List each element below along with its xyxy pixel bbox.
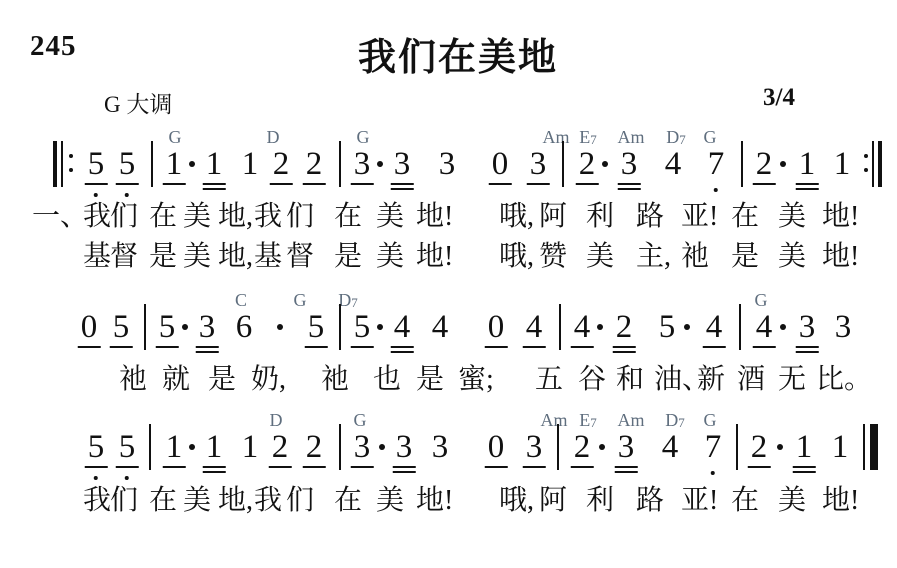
lyric-syllable: 地!: [416, 485, 453, 517]
lyric-syllable: 祂: [119, 364, 147, 396]
note: 5: [119, 148, 136, 181]
repeat-dot: [69, 154, 73, 158]
lyric-syllable: 我: [254, 485, 282, 517]
chord-label: D7: [666, 128, 686, 146]
hymn-number: 245: [30, 30, 77, 63]
note: 4: [526, 311, 543, 344]
lyric-syllable: 在: [149, 485, 177, 517]
eighth-underline: [303, 183, 326, 185]
lyric-syllable: 美: [778, 485, 806, 517]
barline-stroke: [863, 424, 865, 470]
note: 4: [756, 311, 773, 344]
barline-stroke: [872, 141, 874, 187]
octave-dot: [714, 188, 718, 192]
sixteenth-underline: [203, 188, 226, 190]
octave-dot: [711, 471, 715, 475]
lyric-syllable: 谷: [578, 364, 606, 396]
chord-label: G: [354, 411, 367, 429]
note: 1: [206, 148, 223, 181]
lyric-syllable: 地,: [218, 485, 253, 517]
chord-label: D7: [338, 291, 358, 309]
lyric-syllable: 是: [334, 241, 362, 273]
note: 1: [834, 148, 851, 181]
octave-dot: [94, 476, 98, 480]
chord-label: Am: [543, 128, 570, 146]
lyric-syllable: 美: [376, 201, 404, 233]
hymn-title: 我们在美地: [358, 26, 558, 81]
barline: [557, 424, 559, 470]
note: 3: [618, 431, 635, 464]
chord-label: E7: [579, 128, 597, 146]
chord-label: Am: [541, 411, 568, 429]
sixteenth-underline: [793, 471, 816, 473]
lyric-syllable: 和: [616, 364, 644, 396]
lyric-syllable: 们: [110, 201, 138, 233]
sixteenth-underline: [796, 188, 819, 190]
note: 1: [242, 431, 259, 464]
barline: [559, 304, 561, 350]
chord-label: C: [235, 291, 247, 309]
note: 3: [439, 148, 456, 181]
lyric-syllable: 美: [586, 241, 614, 273]
octave-dot: [125, 193, 129, 197]
lyric-syllable: 地!: [416, 241, 453, 273]
augmentation-dot: [379, 444, 385, 450]
eighth-underline: [163, 183, 186, 185]
music-system-2: CGD7G055365544044254433: [0, 291, 897, 369]
note: 1: [166, 148, 183, 181]
lyric-syllable: 阿: [539, 201, 567, 233]
repeat-dot: [864, 168, 868, 172]
chord-label: G: [704, 411, 717, 429]
eighth-underline: [571, 346, 594, 348]
augmentation-dot: [780, 324, 786, 330]
rest-note: 0: [488, 431, 505, 464]
lyric-syllable: 美: [183, 485, 211, 517]
augmentation-dot: [189, 444, 195, 450]
note: 5: [308, 311, 325, 344]
eighth-underline: [110, 346, 133, 348]
lyric-syllable: 在: [149, 201, 177, 233]
chord-label: G: [169, 128, 182, 146]
sixteenth-underline: [393, 471, 416, 473]
chord-label: G: [704, 128, 717, 146]
lyric-syllable: 督: [286, 241, 314, 273]
note: 3: [432, 431, 449, 464]
eighth-underline: [485, 346, 508, 348]
lyric-syllable: 比。: [816, 364, 872, 396]
eighth-underline: [485, 466, 508, 468]
barline: [149, 424, 151, 470]
eighth-underline: [527, 183, 550, 185]
verse-number: 一、: [32, 201, 88, 233]
eighth-underline: [203, 183, 226, 185]
note: 3: [835, 311, 852, 344]
barline: [144, 304, 146, 350]
note: 1: [166, 431, 183, 464]
lyric-syllable: 地!: [416, 201, 453, 233]
lyric-syllable: 赞: [539, 241, 567, 273]
eighth-underline: [116, 466, 139, 468]
chord-label: Am: [618, 128, 645, 146]
lyric-syllable: 亚!: [681, 201, 718, 233]
eighth-underline: [203, 466, 226, 468]
note: 7: [705, 431, 722, 464]
barline-stroke: [878, 141, 882, 187]
time-signature: 3/4: [763, 84, 795, 112]
lyric-syllable: 是: [416, 364, 444, 396]
eighth-underline: [78, 346, 101, 348]
chord-label: D: [267, 128, 280, 146]
eighth-underline: [615, 466, 638, 468]
lyric-syllable: 主,: [636, 241, 671, 273]
eighth-underline: [156, 346, 179, 348]
lyric-syllable: 地,: [218, 241, 253, 273]
sixteenth-underline: [796, 351, 819, 353]
eighth-underline: [116, 183, 139, 185]
augmentation-dot: [182, 324, 188, 330]
lyric-syllable: 美: [778, 241, 806, 273]
lyric-syllable: 地,: [218, 201, 253, 233]
lyric-syllable: 阿: [539, 485, 567, 517]
note: 5: [659, 311, 676, 344]
chord-label: D7: [665, 411, 685, 429]
eighth-underline: [391, 183, 414, 185]
note: 3: [394, 148, 411, 181]
note: 3: [396, 431, 413, 464]
eighth-underline: [351, 183, 374, 185]
note: 4: [662, 431, 679, 464]
lyric-syllable: 奶,: [251, 364, 286, 396]
barline: [736, 424, 738, 470]
eighth-underline: [613, 346, 636, 348]
note: 4: [432, 311, 449, 344]
note: 2: [574, 431, 591, 464]
eighth-underline: [269, 466, 292, 468]
sixteenth-underline: [615, 471, 638, 473]
note: 2: [751, 431, 768, 464]
lyric-syllable: 基: [254, 241, 282, 273]
eighth-underline: [303, 466, 326, 468]
eighth-underline: [163, 466, 186, 468]
augmentation-dot: [602, 161, 608, 167]
eighth-underline: [523, 346, 546, 348]
lyric-syllable: 们: [110, 485, 138, 517]
lyric-syllable: 祂: [321, 364, 349, 396]
note: 2: [616, 311, 633, 344]
repeat-end: [860, 141, 886, 187]
note: 1: [242, 148, 259, 181]
lyric-syllable: 哦,: [499, 201, 534, 233]
eighth-underline: [85, 183, 108, 185]
lyric-syllable: 地!: [822, 241, 859, 273]
chord-label: D: [270, 411, 283, 429]
lyric-syllable: 美: [183, 201, 211, 233]
note: 5: [354, 311, 371, 344]
note: 2: [273, 148, 290, 181]
eighth-underline: [796, 346, 819, 348]
lyric-syllable: 就: [162, 364, 190, 396]
eighth-underline: [703, 346, 726, 348]
chord-label: G: [357, 128, 370, 146]
octave-dot: [94, 193, 98, 197]
augmentation-dot: [599, 444, 605, 450]
rest-note: 0: [492, 148, 509, 181]
barline: [562, 141, 564, 187]
lyric-syllable: 是: [149, 241, 177, 273]
note: 4: [394, 311, 411, 344]
chord-label: Am: [618, 411, 645, 429]
eighth-underline: [270, 183, 293, 185]
eighth-underline: [393, 466, 416, 468]
lyric-syllable: 亚!: [681, 485, 718, 517]
barline: [339, 141, 341, 187]
lyric-syllable: 们: [286, 201, 314, 233]
note: 6: [236, 311, 253, 344]
note: 5: [159, 311, 176, 344]
barline: [741, 141, 743, 187]
chord-label: G: [755, 291, 768, 309]
note: 2: [272, 431, 289, 464]
note: 7: [708, 148, 725, 181]
lyric-syllable: 新: [697, 364, 725, 396]
barline-stroke: [61, 141, 63, 187]
lyric-syllable: 酒: [737, 364, 765, 396]
rest-note: 0: [81, 311, 98, 344]
note: 3: [199, 311, 216, 344]
augmentation-dot: [597, 324, 603, 330]
eighth-underline: [305, 346, 328, 348]
final-barline: [863, 424, 879, 470]
lyric-syllable: 们: [286, 485, 314, 517]
eighth-underline: [391, 346, 414, 348]
lyric-syllable: 地!: [822, 485, 859, 517]
lyric-syllable: 美: [778, 201, 806, 233]
sixteenth-underline: [391, 188, 414, 190]
note: 4: [574, 311, 591, 344]
note: 1: [206, 431, 223, 464]
lyric-syllable: 基: [83, 241, 111, 273]
note: 3: [530, 148, 547, 181]
lyric-syllable: 路: [636, 485, 664, 517]
lyric-syllable: 无: [778, 364, 806, 396]
lyric-syllable: 利: [586, 201, 614, 233]
chord-label: E7: [579, 411, 597, 429]
rest-note: 0: [488, 311, 505, 344]
lyric-syllable: 利: [586, 485, 614, 517]
eighth-underline: [196, 346, 219, 348]
note: 4: [706, 311, 723, 344]
lyric-syllable: 是: [208, 364, 236, 396]
sixteenth-underline: [618, 188, 641, 190]
augmentation-dot: [777, 444, 783, 450]
augmentation-dot: [189, 161, 195, 167]
barline: [339, 424, 341, 470]
note: 5: [88, 148, 105, 181]
lyric-syllable: 蜜;: [458, 364, 494, 396]
lyric-syllable: 美: [183, 241, 211, 273]
lyric-syllable: 督: [110, 241, 138, 273]
lyric-syllable: 也: [373, 364, 401, 396]
chord-label: G: [294, 291, 307, 309]
lyric-syllable: 美: [376, 241, 404, 273]
lyric-syllable: 我: [254, 201, 282, 233]
barline-stroke: [53, 141, 57, 187]
sixteenth-underline: [203, 471, 226, 473]
lyric-syllable: 我: [83, 485, 111, 517]
note: 2: [756, 148, 773, 181]
note: 5: [88, 431, 105, 464]
barline: [339, 304, 341, 350]
eighth-underline: [753, 346, 776, 348]
note: 3: [354, 431, 371, 464]
eighth-underline: [489, 183, 512, 185]
sixteenth-underline: [613, 351, 636, 353]
augmentation-dot: [684, 324, 690, 330]
music-system-1: GDGAmE7AmD7G5511122333032347211: [0, 128, 897, 206]
barline: [739, 304, 741, 350]
eighth-underline: [85, 466, 108, 468]
eighth-underline: [576, 183, 599, 185]
note: 3: [621, 148, 638, 181]
augmentation-dot: [377, 324, 383, 330]
music-system-3: DGAmE7AmD7G5511122333032347211: [0, 411, 897, 489]
lyric-syllable: 地!: [822, 201, 859, 233]
eighth-underline: [351, 466, 374, 468]
eighth-underline: [748, 466, 771, 468]
note: 2: [579, 148, 596, 181]
note: 1: [832, 431, 849, 464]
repeat-start: [53, 141, 79, 187]
augmentation-dot: [780, 161, 786, 167]
augmentation-dot: [377, 161, 383, 167]
barline: [151, 141, 153, 187]
octave-dot: [125, 476, 129, 480]
eighth-underline: [351, 346, 374, 348]
lyric-syllable: 路: [636, 201, 664, 233]
eighth-underline: [571, 466, 594, 468]
note: 5: [113, 311, 130, 344]
note: 1: [799, 148, 816, 181]
sixteenth-underline: [196, 351, 219, 353]
lyric-syllable: 在: [334, 485, 362, 517]
eighth-underline: [796, 183, 819, 185]
lyric-syllable: 祂: [681, 241, 709, 273]
key-signature: G 大调: [104, 86, 172, 119]
repeat-dot: [69, 168, 73, 172]
note: 2: [306, 148, 323, 181]
lyric-syllable: 哦,: [499, 485, 534, 517]
barline-stroke: [870, 424, 878, 470]
lyric-syllable: 我: [83, 201, 111, 233]
note: 1: [796, 431, 813, 464]
note: 4: [665, 148, 682, 181]
lyric-syllable: 在: [731, 485, 759, 517]
note: 2: [306, 431, 323, 464]
hymn-sheet: 245 我们在美地 G 大调 3/4 GDGAmE7AmD7G551112233…: [0, 0, 897, 568]
lyric-syllable: 美: [376, 485, 404, 517]
note: 3: [799, 311, 816, 344]
eighth-underline: [523, 466, 546, 468]
lyric-syllable: 是: [731, 241, 759, 273]
lyric-syllable: 五: [535, 364, 563, 396]
eighth-underline: [793, 466, 816, 468]
lyric-syllable: 在: [334, 201, 362, 233]
lyric-syllable: 哦,: [499, 241, 534, 273]
augmentation-dot: [277, 324, 283, 330]
sixteenth-underline: [391, 351, 414, 353]
note: 3: [526, 431, 543, 464]
lyric-syllable: 在: [731, 201, 759, 233]
eighth-underline: [618, 183, 641, 185]
note: 5: [119, 431, 136, 464]
eighth-underline: [753, 183, 776, 185]
repeat-dot: [864, 154, 868, 158]
note: 3: [354, 148, 371, 181]
